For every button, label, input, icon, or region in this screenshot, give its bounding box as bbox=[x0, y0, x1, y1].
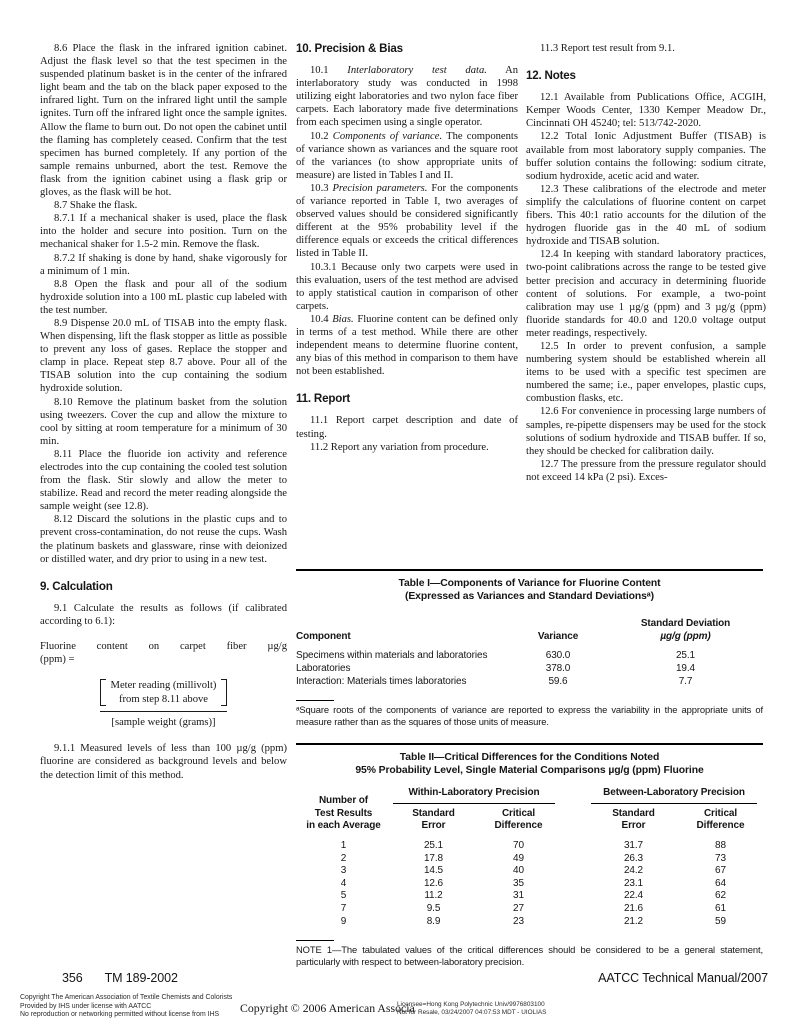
paragraph-10-1: 10.1 Interlaboratory test data. An inter… bbox=[296, 64, 518, 129]
paragraph-11-1: 11.1 Report carpet description and date … bbox=[296, 414, 518, 440]
table-cell: 31 bbox=[476, 890, 561, 903]
table-cell: 21.2 bbox=[589, 916, 678, 929]
paragraph-11-2: 11.2 Report any variation from procedure… bbox=[296, 441, 518, 454]
paragraph-8-6: 8.6 Place the flask in the infrared igni… bbox=[40, 42, 287, 199]
table-cell: 31.7 bbox=[589, 840, 678, 853]
table-cell: 8.9 bbox=[391, 916, 476, 929]
paragraph-12-2: 12.2 Total Ionic Adjustment Buffer (TISA… bbox=[526, 130, 766, 182]
header-line: Standard bbox=[589, 808, 678, 821]
table-2-header: Number of Test Results in each Average W… bbox=[296, 787, 763, 833]
table-cell: Laboratories bbox=[296, 662, 508, 675]
table-cell: 26.3 bbox=[589, 853, 678, 866]
table-cell: 14.5 bbox=[391, 865, 476, 878]
paragraph-8-7-1: 8.7.1 If a mechanical shaker is used, pl… bbox=[40, 212, 287, 251]
table-cell: 64 bbox=[678, 878, 763, 891]
table-2-top-rule bbox=[296, 743, 763, 745]
within-lab-group-header: Within-Laboratory Precision bbox=[391, 787, 561, 808]
paragraph-12-7: 12.7 The pressure from the pressure regu… bbox=[526, 458, 766, 484]
table-cell: 59.6 bbox=[508, 675, 608, 688]
right-area: 10. Precision & Bias 10.1 Interlaborator… bbox=[296, 42, 766, 967]
table-cell: 11.2 bbox=[391, 890, 476, 903]
table-cell: 61 bbox=[678, 903, 763, 916]
table-cell: 7 bbox=[296, 903, 391, 916]
table-cell: 62 bbox=[678, 890, 763, 903]
table-cell: 9.5 bbox=[391, 903, 476, 916]
table-1-footnote-separator bbox=[296, 700, 334, 701]
column-3: 11.3 Report test result from 9.1. 12. No… bbox=[526, 42, 766, 569]
paragraph-number: 10.4 bbox=[310, 314, 332, 325]
table-cell: 378.0 bbox=[508, 662, 608, 675]
document-page: 8.6 Place the flask in the infrared igni… bbox=[0, 0, 800, 1036]
paragraph-number: 10.1 bbox=[310, 65, 347, 76]
table-1-col-component: Component bbox=[296, 630, 508, 643]
tables-area: Table I—Components of Variance for Fluor… bbox=[296, 569, 766, 967]
number-header-line3: in each Average bbox=[296, 820, 391, 833]
table-2-note-separator bbox=[296, 940, 334, 941]
table-1-col-stddev: Standard Deviation µg/g (ppm) bbox=[608, 617, 763, 643]
text-columns-2-3: 10. Precision & Bias 10.1 Interlaborator… bbox=[296, 42, 766, 569]
section-10-heading: 10. Precision & Bias bbox=[296, 42, 518, 55]
table-cell: 4 bbox=[296, 878, 391, 891]
table-cell: 22.4 bbox=[589, 890, 678, 903]
table-2-title: Table II—Critical Differences for the Co… bbox=[296, 751, 763, 777]
table-cell: Interaction: Materials times laboratorie… bbox=[296, 675, 508, 688]
copyright-line1: Copyright The American Association of Te… bbox=[20, 994, 232, 1003]
between-lab-group-header: Between-Laboratory Precision bbox=[589, 787, 763, 808]
table-1: Table I—Components of Variance for Fluor… bbox=[296, 569, 766, 727]
table-cell: 40 bbox=[476, 865, 561, 878]
table-2-note: NOTE 1—The tabulated values of the criti… bbox=[296, 944, 763, 967]
table-2-title-line1: Table II—Critical Differences for the Co… bbox=[296, 751, 763, 764]
table-cell: 67 bbox=[678, 865, 763, 878]
table-cell: 5 bbox=[296, 890, 391, 903]
table-2-body: 125.17031.788 217.84926.373 314.54024.26… bbox=[296, 840, 763, 928]
footer-left: 356TM 189-2002 bbox=[62, 971, 178, 985]
paragraph-8-10: 8.10 Remove the platinum basket from the… bbox=[40, 396, 287, 448]
paragraph-12-1: 12.1 Available from Publications Office,… bbox=[526, 91, 766, 130]
licensee-line1: Licensee=Hong Kong Polytechnic Univ/9976… bbox=[397, 1001, 546, 1009]
table-1-title-line1: Table I—Components of Variance for Fluor… bbox=[296, 577, 763, 590]
within-std-error-header: Standard Error bbox=[391, 808, 476, 833]
table-cell: 24.2 bbox=[589, 865, 678, 878]
formula-denominator: [sample weight (grams)] bbox=[100, 711, 228, 729]
header-line: Difference bbox=[476, 820, 561, 833]
table-1-title: Table I—Components of Variance for Fluor… bbox=[296, 577, 763, 603]
center-copyright: Copyright © 2006 American Associa bbox=[240, 1001, 415, 1016]
paragraph-number: 10.2 bbox=[310, 131, 333, 142]
paragraph-9-1: 9.1 Calculate the results as follows (if… bbox=[40, 602, 287, 628]
table-cell: 70 bbox=[476, 840, 561, 853]
paragraph-8-8: 8.8 Open the flask and pour all of the s… bbox=[40, 278, 287, 317]
paragraph-lead-italic: Interlaboratory test data. bbox=[347, 65, 487, 76]
paragraph-text: For the components of variance reported … bbox=[296, 183, 518, 259]
numerator-line2: from step 8.11 above bbox=[111, 693, 217, 707]
header-line: Critical bbox=[678, 808, 763, 821]
table-2-col-number: Number of Test Results in each Average bbox=[296, 795, 391, 833]
paragraph-10-4: 10.4 Bias. Fluorine content can be defin… bbox=[296, 313, 518, 378]
formula-lead-line2: (ppm) = bbox=[40, 653, 287, 666]
table-cell: 630.0 bbox=[508, 649, 608, 662]
calculation-formula: Meter reading (millivolt) from step 8.11… bbox=[100, 679, 228, 729]
between-critical-diff-header: Critical Difference bbox=[678, 808, 763, 833]
section-12-heading: 12. Notes bbox=[526, 69, 766, 82]
between-std-error-header: Standard Error bbox=[589, 808, 678, 833]
page-content: 8.6 Place the flask in the infrared igni… bbox=[40, 42, 766, 967]
within-critical-diff-header: Critical Difference bbox=[476, 808, 561, 833]
paragraph-12-3: 12.3 These calibrations of the electrode… bbox=[526, 183, 766, 248]
paragraph-lead-italic: Components of variance. bbox=[333, 131, 442, 142]
header-line: Error bbox=[391, 820, 476, 833]
paragraph-number: 10.3 bbox=[310, 183, 332, 194]
table-cell: 25.1 bbox=[608, 649, 763, 662]
copyright-block: Copyright The American Association of Te… bbox=[20, 994, 232, 1020]
header-line: Error bbox=[589, 820, 678, 833]
formula-lead-line1: Fluorine content on carpet fiber µg/g bbox=[40, 640, 287, 653]
copyright-line2: Provided by IHS under license with AATCC bbox=[20, 1003, 232, 1012]
paragraph-8-7: 8.7 Shake the flask. bbox=[40, 199, 287, 212]
licensee-line2: Not for Resale, 03/24/2007 04:07:53 MDT … bbox=[397, 1009, 546, 1017]
table-cell: 35 bbox=[476, 878, 561, 891]
table-1-body: Specimens within materials and laborator… bbox=[296, 649, 763, 688]
paragraph-lead-italic: Precision parameters. bbox=[332, 183, 427, 194]
paragraph-8-7-2: 8.7.2 If shaking is done by hand, shake … bbox=[40, 252, 287, 278]
paragraph-lead-italic: Bias. bbox=[332, 314, 353, 325]
formula-numerator: Meter reading (millivolt) from step 8.11… bbox=[100, 679, 228, 706]
numerator-text: Meter reading (millivolt) from step 8.11… bbox=[106, 679, 222, 706]
header-line: Difference bbox=[678, 820, 763, 833]
page-number: 356 bbox=[62, 971, 83, 985]
paragraph-12-5: 12.5 In order to prevent confusion, a sa… bbox=[526, 340, 766, 405]
table-cell: 59 bbox=[678, 916, 763, 929]
header-line: Critical bbox=[476, 808, 561, 821]
number-header-line2: Test Results bbox=[296, 808, 391, 821]
table-cell: 23.1 bbox=[589, 878, 678, 891]
paragraph-8-9: 8.9 Dispense 20.0 mL of TISAB into the e… bbox=[40, 317, 287, 396]
table-cell: 1 bbox=[296, 840, 391, 853]
table-cell: 27 bbox=[476, 903, 561, 916]
licensee-stamp: Licensee=Hong Kong Polytechnic Univ/9976… bbox=[397, 1001, 546, 1017]
table-1-footnote: ᵃSquare roots of the components of varia… bbox=[296, 704, 763, 727]
table-cell: 25.1 bbox=[391, 840, 476, 853]
document-number: TM 189-2002 bbox=[105, 971, 178, 985]
header-line: Standard bbox=[391, 808, 476, 821]
manual-title: AATCC Technical Manual/2007 bbox=[598, 971, 768, 985]
paragraph-12-4: 12.4 In keeping with standard laboratory… bbox=[526, 248, 766, 340]
table-cell: 88 bbox=[678, 840, 763, 853]
paragraph-12-6: 12.6 For convenience in processing large… bbox=[526, 405, 766, 457]
table-cell: 17.8 bbox=[391, 853, 476, 866]
paragraph-10-2: 10.2 Components of variance. The compone… bbox=[296, 130, 518, 182]
paragraph-8-12: 8.12 Discard the solutions in the plasti… bbox=[40, 513, 287, 565]
table-1-top-rule bbox=[296, 569, 763, 571]
section-11-heading: 11. Report bbox=[296, 392, 518, 405]
table-cell: 49 bbox=[476, 853, 561, 866]
between-lab-label: Between-Laboratory Precision bbox=[591, 787, 757, 804]
table-cell: 2 bbox=[296, 853, 391, 866]
paragraph-8-11: 8.11 Place the fluoride ion activity and… bbox=[40, 448, 287, 513]
table-1-col-variance: Variance bbox=[508, 630, 608, 643]
table-cell: 3 bbox=[296, 865, 391, 878]
stddev-header-line2: µg/g (ppm) bbox=[608, 630, 763, 643]
table-cell: 21.6 bbox=[589, 903, 678, 916]
table-1-header-row: Component Variance Standard Deviation µg… bbox=[296, 617, 763, 643]
table-cell: 19.4 bbox=[608, 662, 763, 675]
copyright-line3: No reproduction or networking permitted … bbox=[20, 1011, 232, 1020]
paragraph-10-3-1: 10.3.1 Because only two carpets were use… bbox=[296, 261, 518, 313]
table-2-title-line2: 95% Probability Level, Single Material C… bbox=[296, 764, 763, 777]
numerator-line1: Meter reading (millivolt) bbox=[111, 679, 217, 693]
paragraph-11-3: 11.3 Report test result from 9.1. bbox=[526, 42, 766, 55]
table-cell: 9 bbox=[296, 916, 391, 929]
table-cell: 73 bbox=[678, 853, 763, 866]
within-lab-label: Within-Laboratory Precision bbox=[393, 787, 555, 804]
table-1-title-line2: (Expressed as Variances and Standard Dev… bbox=[296, 590, 763, 603]
formula-lead: Fluorine content on carpet fiber µg/g (p… bbox=[40, 640, 287, 666]
table-cell: 12.6 bbox=[391, 878, 476, 891]
number-header-line1: Number of bbox=[296, 795, 391, 808]
table-cell: 23 bbox=[476, 916, 561, 929]
stddev-header-line1: Standard Deviation bbox=[608, 617, 763, 630]
table-2: Table II—Critical Differences for the Co… bbox=[296, 743, 766, 967]
table-cell: Specimens within materials and laborator… bbox=[296, 649, 508, 662]
paragraph-9-1-1: 9.1.1 Measured levels of less than 100 µ… bbox=[40, 742, 287, 781]
column-1: 8.6 Place the flask in the infrared igni… bbox=[40, 42, 287, 967]
right-bracket-shape bbox=[221, 679, 227, 706]
table-cell: 7.7 bbox=[608, 675, 763, 688]
paragraph-10-3: 10.3 Precision parameters. For the compo… bbox=[296, 182, 518, 261]
section-9-heading: 9. Calculation bbox=[40, 580, 287, 593]
column-2: 10. Precision & Bias 10.1 Interlaborator… bbox=[296, 42, 518, 569]
